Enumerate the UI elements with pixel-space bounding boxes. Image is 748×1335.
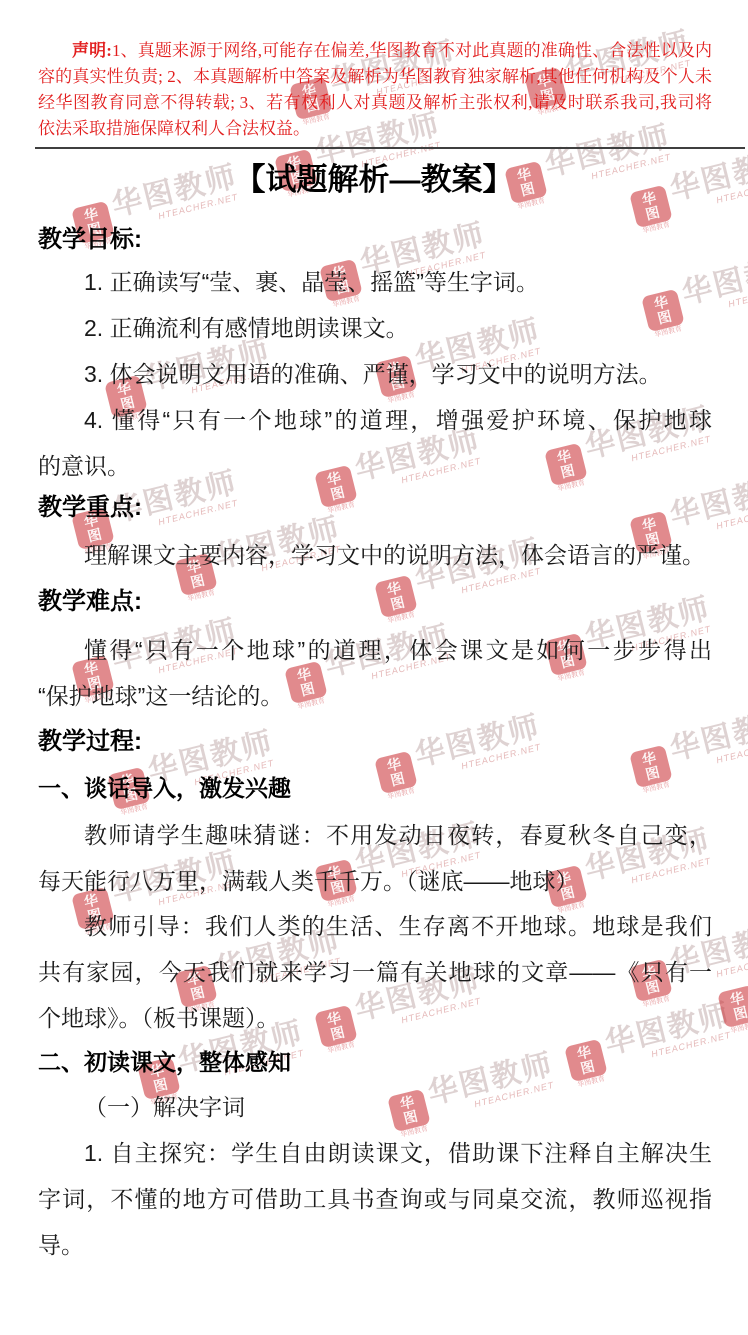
text-line: 每天能行八万里，满载人类千千万。（谜底——地球） <box>38 858 712 904</box>
paragraph: 教师请学生趣味猜谜：不用发动日夜转，春夏秋冬自己变，每天能行八万里，满载人类千千… <box>38 812 712 904</box>
text-line: 教师请学生趣味猜谜：不用发动日夜转，春夏秋冬自己变， <box>38 812 712 858</box>
disclaimer: 声明:1、真题来源于网络,可能存在偏差,华图教育不对此真题的准确性、合法性以及内… <box>38 38 712 142</box>
separator-line <box>35 147 745 149</box>
text-line: “保护地球”这一结论的。 <box>38 673 712 719</box>
text-line: 教师引导：我们人类的生活、生存离不开地球。地球是我们 <box>38 903 712 949</box>
text-line: 导。 <box>38 1222 712 1268</box>
text-line: 个地球》。（板书课题）。 <box>38 995 712 1041</box>
text-line: 1. 自主探究：学生自由朗读课文，借助课下注释自主解决生 <box>38 1130 712 1176</box>
section-heading: 教学难点: <box>38 579 712 625</box>
section-heading: 教学重点: <box>38 485 712 531</box>
paragraph: 1. 正确读写“莹、裹、晶莹、摇篮”等生字词。 <box>38 259 712 305</box>
paragraph: 懂得“只有一个地球”的道理，体会课文是如何一步步得出“保护地球”这一结论的。 <box>38 627 712 719</box>
disclaimer-line: 容的真实性负责; 2、本真题解析中答案及解析为华图教育独家解析,其他任何机构及个… <box>38 64 712 90</box>
text-line: 懂得“只有一个地球”的道理，体会课文是如何一步步得出 <box>38 627 712 673</box>
document-page: 华图华图教育华图教师HTEACHER.NET华图华图教育华图教师HTEACHER… <box>0 0 748 1335</box>
paragraph: 理解课文主要内容，学习文中的说明方法，体会语言的严谨。 <box>38 532 712 578</box>
paragraph: 3. 体会说明文用语的准确、严谨，学习文中的说明方法。 <box>38 351 712 397</box>
subsection-heading: 一、谈话导入，激发兴趣 <box>38 765 712 811</box>
text-line: 2. 正确流利有感情地朗读课文。 <box>38 305 712 351</box>
list-heading: （一）解决字词 <box>38 1084 712 1130</box>
disclaimer-label: 声明: <box>72 41 112 60</box>
section-heading: 教学目标: <box>38 217 712 263</box>
paragraph: 2. 正确流利有感情地朗读课文。 <box>38 305 712 351</box>
text-line: 的意识。 <box>38 443 712 489</box>
section-heading: 教学过程: <box>38 719 712 765</box>
text-line: 4. 懂得“只有一个地球”的道理，增强爱护环境、保护地球 <box>38 397 712 443</box>
text-line: 字词，不懂的地方可借助工具书查询或与同桌交流，教师巡视指 <box>38 1176 712 1222</box>
paragraph: 1. 自主探究：学生自由朗读课文，借助课下注释自主解决生字词，不懂的地方可借助工… <box>38 1130 712 1268</box>
disclaimer-line: 依法采取措施保障权利人合法权益。 <box>38 116 712 142</box>
disclaimer-line: 声明:1、真题来源于网络,可能存在偏差,华图教育不对此真题的准确性、合法性以及内 <box>38 38 712 64</box>
page-title: 【试题解析—教案】 <box>0 158 748 202</box>
text-line: 理解课文主要内容，学习文中的说明方法，体会语言的严谨。 <box>38 532 712 578</box>
text-line: 共有家园，今天我们就来学习一篇有关地球的文章——《只有一 <box>38 949 712 995</box>
subsection-heading: 二、初读课文，整体感知 <box>38 1039 712 1085</box>
disclaimer-line: 经华图教育同意不得转载; 3、若有权利人对真题及解析主张权利,请及时联系我司,我… <box>38 90 712 116</box>
paragraph: 教师引导：我们人类的生活、生存离不开地球。地球是我们共有家园，今天我们就来学习一… <box>38 903 712 1041</box>
document-content: 声明:1、真题来源于网络,可能存在偏差,华图教育不对此真题的准确性、合法性以及内… <box>0 0 748 1335</box>
text-line: 1. 正确读写“莹、裹、晶莹、摇篮”等生字词。 <box>38 259 712 305</box>
text-line: 3. 体会说明文用语的准确、严谨，学习文中的说明方法。 <box>38 351 712 397</box>
paragraph: 4. 懂得“只有一个地球”的道理，增强爱护环境、保护地球的意识。 <box>38 397 712 489</box>
